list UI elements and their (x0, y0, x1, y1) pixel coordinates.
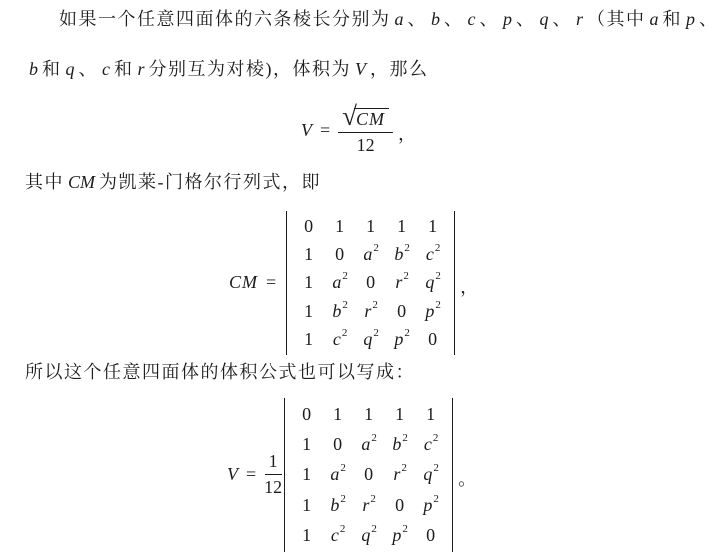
fraction-numerator: 1 (265, 451, 282, 475)
formula-volume-sqrt: V = √ CM 12 ， (301, 104, 416, 156)
matrix-cell: 1 (353, 404, 384, 425)
text-segment: 、 (480, 9, 500, 29)
sqrt-expression: √ CM (342, 104, 389, 129)
text-segment: 和 (42, 59, 62, 79)
text-segment: ，那么 (370, 59, 429, 79)
matrix-row: 1b2r20p2 (291, 490, 446, 520)
paragraph-conclusion: 所以这个任意四面体的体积公式也可以写成： (25, 361, 415, 384)
matrix-cell: q2 (415, 464, 446, 485)
matrix-cell: 1 (293, 244, 324, 265)
matrix-cell: 0 (386, 301, 417, 322)
text-segment: q (66, 59, 75, 79)
matrix-cell: a2 (353, 434, 384, 455)
text-segment: 和 (663, 9, 683, 29)
text-segment: 、 (516, 9, 536, 29)
text-segment: （其中 (587, 9, 646, 29)
matrix-row: 10a2b2c2 (291, 429, 446, 459)
matrix-cell: 0 (417, 329, 448, 350)
matrix-cell: 1 (291, 464, 322, 485)
matrix-cell: 0 (415, 525, 446, 546)
matrix-row: 1c2q2p20 (291, 521, 446, 551)
equals-sign: = (266, 272, 276, 293)
equals-sign: = (320, 120, 330, 141)
matrix-cayley-menger: 0111110a2b2c21a20r2q21b2r20p21c2q2p20 (286, 211, 455, 355)
text-segment: a (650, 9, 659, 29)
matrix-cell: c2 (324, 329, 355, 350)
matrix-cell: a2 (355, 244, 386, 265)
matrix-cell: c2 (415, 434, 446, 455)
fraction-sqrt-cm-over-12: √ CM 12 (338, 104, 393, 156)
matrix-cell: 1 (293, 272, 324, 293)
matrix-cell: 1 (293, 329, 324, 350)
text-segment: p (686, 9, 695, 29)
matrix-cell: 1 (324, 216, 355, 237)
matrix-row: 01111 (293, 212, 448, 240)
matrix-cell: 1 (386, 216, 417, 237)
matrix-row: 01111 (291, 399, 446, 429)
text-segment: 、 (699, 9, 712, 29)
text-segment: q (540, 9, 549, 29)
text-segment: 和 (114, 59, 134, 79)
radicand-cm: CM (354, 108, 389, 129)
text-segment: c (468, 9, 476, 29)
determinant-cm-equation: CM = 0111110a2b2c21a20r2q21b2r20p21c2q2p… (229, 211, 478, 355)
matrix-cell: r2 (355, 301, 386, 322)
matrix-row: 1c2q2p20 (293, 326, 448, 354)
fraction-numerator: √ CM (338, 104, 393, 133)
matrix-cell: r2 (384, 464, 415, 485)
document-page: 如果一个任意四面体的六条棱长分别为a、b、c、p、q、r（其中a和p、 b和q、… (0, 0, 712, 560)
matrix-cell: p2 (384, 525, 415, 546)
matrix-cell: 1 (291, 495, 322, 516)
paragraph-cm-definition: 其中CM为凯莱-门格尔行列式，即 (25, 171, 321, 194)
matrix-cell: b2 (386, 244, 417, 265)
fraction-one-twelfth: 1 12 (264, 451, 282, 498)
matrix-cell: 0 (291, 404, 322, 425)
matrix-cell: 1 (293, 301, 324, 322)
matrix-cell: p2 (386, 329, 417, 350)
matrix-row: 10a2b2c2 (293, 240, 448, 268)
text-segment: r (576, 9, 583, 29)
matrix-cell: 1 (384, 404, 415, 425)
matrix-cell: r2 (353, 495, 384, 516)
text-segment: c (102, 59, 110, 79)
matrix-cell: p2 (417, 301, 448, 322)
formula-lhs-v: V (301, 120, 312, 141)
determinant-lhs-cm: CM (229, 272, 258, 293)
text-segment: V (355, 59, 366, 79)
trailing-comma: ， (398, 120, 416, 146)
text-segment: 如果一个任意四面体的六条棱长分别为 (59, 9, 391, 29)
matrix-cell: c2 (417, 244, 448, 265)
matrix-cell: 1 (291, 525, 322, 546)
matrix-cell: a2 (324, 272, 355, 293)
matrix-cell: 0 (324, 244, 355, 265)
text-segment: 分别互为对棱)，体积为 (149, 59, 352, 79)
text-segment: 、 (408, 9, 428, 29)
trailing-period: 。 (458, 465, 476, 491)
equals-sign: = (246, 464, 256, 485)
text-segment: CM (68, 172, 95, 192)
text-segment: a (395, 9, 404, 29)
matrix-row: 1a20r2q2 (291, 460, 446, 490)
matrix-cell: c2 (322, 525, 353, 546)
matrix-cell: q2 (417, 272, 448, 293)
matrix-cell: 0 (384, 495, 415, 516)
matrix-volume-determinant: 0111110a2b2c21a20r2q21b2r20p21c2q2p20 (284, 398, 453, 552)
text-segment: 、 (553, 9, 573, 29)
text-segment: 为凯莱-门格尔行列式，即 (99, 172, 321, 192)
matrix-cell: b2 (324, 301, 355, 322)
matrix-cell: b2 (384, 434, 415, 455)
matrix-row: 1a20r2q2 (293, 269, 448, 297)
matrix-cell: 0 (355, 272, 386, 293)
text-segment: b (29, 59, 38, 79)
text-segment: p (503, 9, 512, 29)
matrix-cell: 1 (322, 404, 353, 425)
fraction-denominator: 12 (264, 475, 282, 498)
matrix-cell: 0 (293, 216, 324, 237)
matrix-cell: q2 (353, 525, 384, 546)
text-segment: 其中 (25, 172, 64, 192)
formula-volume-determinant: V = 1 12 0111110a2b2c21a20r2q21b2r20p21c… (227, 398, 476, 552)
text-segment: 所以这个任意四面体的体积公式也可以写成： (25, 362, 415, 382)
trailing-comma: ， (460, 273, 478, 299)
matrix-cell: p2 (415, 495, 446, 516)
matrix-cell: 0 (353, 464, 384, 485)
text-segment: r (138, 59, 145, 79)
text-segment: 、 (444, 9, 464, 29)
formula-lhs-v: V (227, 464, 238, 485)
paragraph-intro-line2: b和q、c和r分别互为对棱)，体积为V，那么 (25, 58, 429, 81)
text-segment: 、 (79, 59, 99, 79)
matrix-cell: q2 (355, 329, 386, 350)
matrix-cell: 1 (415, 404, 446, 425)
text-segment: b (431, 9, 440, 29)
matrix-cell: a2 (322, 464, 353, 485)
fraction-denominator: 12 (357, 133, 375, 156)
matrix-cell: 0 (322, 434, 353, 455)
paragraph-intro-line1: 如果一个任意四面体的六条棱长分别为a、b、c、p、q、r（其中a和p、 (59, 8, 712, 31)
matrix-cell: 1 (355, 216, 386, 237)
matrix-cell: r2 (386, 272, 417, 293)
matrix-row: 1b2r20p2 (293, 297, 448, 325)
matrix-cell: 1 (291, 434, 322, 455)
matrix-cell: 1 (417, 216, 448, 237)
matrix-cell: b2 (322, 495, 353, 516)
